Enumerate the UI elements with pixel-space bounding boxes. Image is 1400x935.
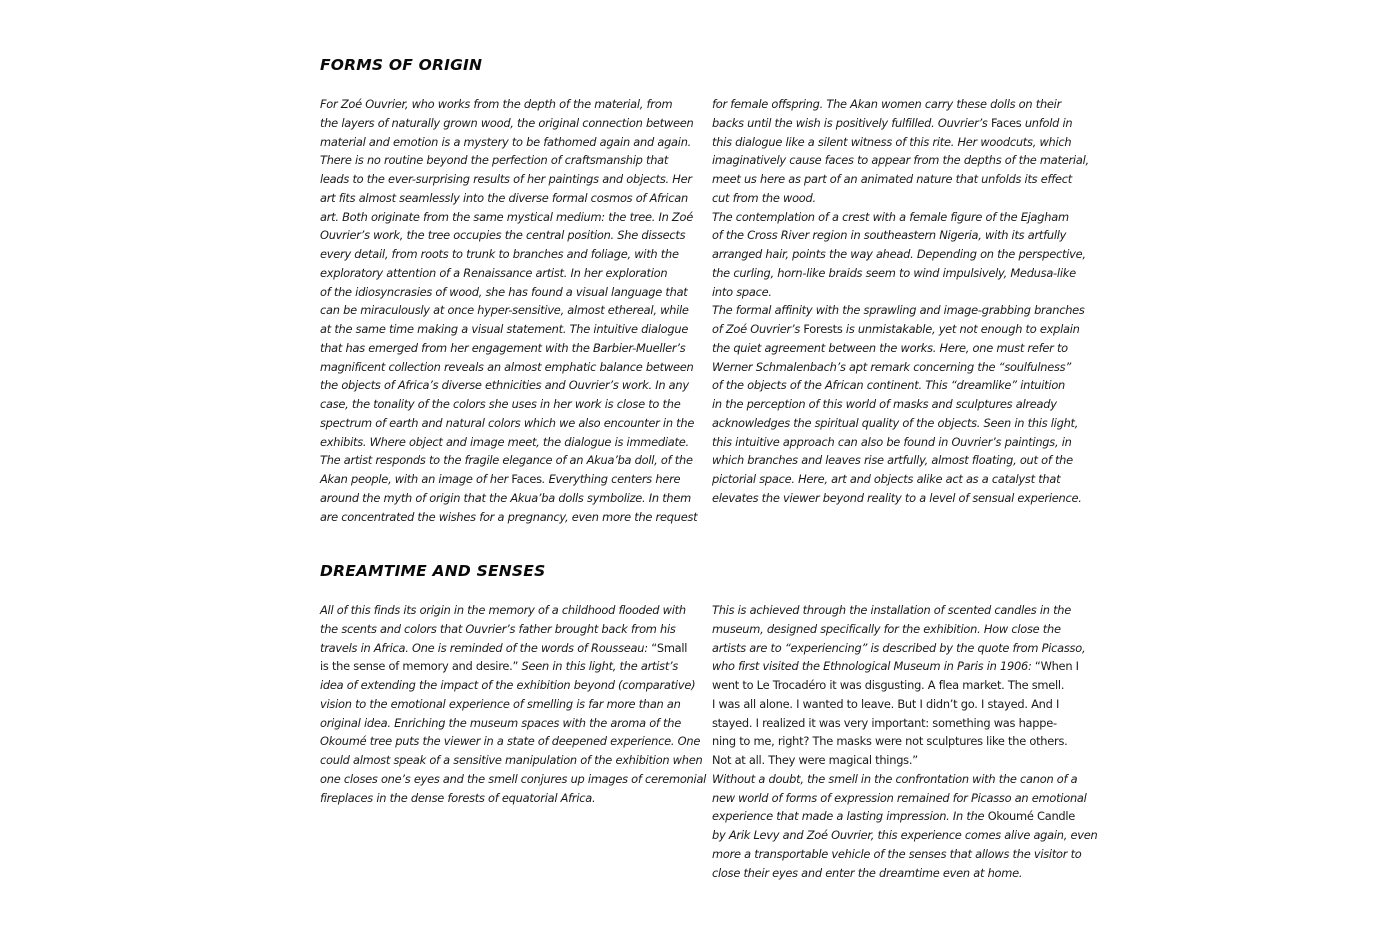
text-run-upright: went to Le Trocadéro it was disgusting. …	[712, 678, 1064, 692]
text-run-italic: the scents and colors that Ouvrier’s fat…	[320, 622, 676, 636]
text-run-italic: Ouvrier’s work, the tree occupies the ce…	[320, 228, 685, 242]
text-line: exhibits. Where object and image meet, t…	[320, 433, 700, 452]
text-run-italic: can be miraculously at once hyper-sensit…	[320, 303, 689, 317]
text-line: The artist responds to the fragile elega…	[320, 451, 700, 470]
text-run-italic: Seen in this light, the artist’s	[518, 659, 678, 673]
text-line: are concentrated the wishes for a pregna…	[320, 508, 700, 527]
text-line: The contemplation of a crest with a fema…	[712, 208, 1092, 227]
text-line: of the Cross River region in southeaster…	[712, 226, 1092, 245]
text-run-italic: of the objects of the African continent.…	[712, 378, 1065, 392]
text-line: acknowledges the spiritual quality of th…	[712, 414, 1092, 433]
text-line: went to Le Trocadéro it was disgusting. …	[712, 676, 1092, 695]
text-run-italic: is unmistakable, yet not enough to expla…	[843, 322, 1080, 336]
text-run-italic: the quiet agreement between the works. H…	[712, 341, 1068, 355]
text-run-upright: is the sense of memory and desire.”	[320, 659, 518, 673]
text-line: this intuitive approach can also be foun…	[712, 433, 1092, 452]
text-run-italic: The contemplation of a crest with a fema…	[712, 210, 1069, 224]
text-run-upright: I was all alone. I wanted to leave. But …	[712, 697, 1059, 711]
text-line: which branches and leaves rise artfully,…	[712, 451, 1092, 470]
text-line: Akan people, with an image of her Faces.…	[320, 470, 700, 489]
text-run-italic: this intuitive approach can also be foun…	[712, 435, 1072, 449]
text-run-upright: Not at all. They were magical things.”	[712, 753, 918, 767]
text-run-italic: every detail, from roots to trunk to bra…	[320, 247, 679, 261]
text-line: material and emotion is a mystery to be …	[320, 133, 700, 152]
text-line: could almost speak of a sensitive manipu…	[320, 751, 700, 770]
text-line: leads to the ever-surprising results of …	[320, 170, 700, 189]
text-line: this dialogue like a silent witness of t…	[712, 133, 1092, 152]
text-run-italic: Werner Schmalenbach’s apt remark concern…	[712, 360, 1071, 374]
text-line: one closes one’s eyes and the smell conj…	[320, 770, 700, 789]
text-run-italic: this dialogue like a silent witness of t…	[712, 135, 1071, 149]
text-run-italic: vision to the emotional experience of sm…	[320, 697, 681, 711]
text-line: This is achieved through the installatio…	[712, 601, 1092, 620]
text-run-upright: Forests	[803, 322, 842, 336]
text-run-italic: the layers of naturally grown wood, the …	[320, 116, 693, 130]
text-line: the curling, horn-like braids seem to wi…	[712, 264, 1092, 283]
text-line: art. Both originate from the same mystic…	[320, 208, 700, 227]
text-line: in the perception of this world of masks…	[712, 395, 1092, 414]
text-run-italic: There is no routine beyond the perfectio…	[320, 153, 668, 167]
text-run-italic: which branches and leaves rise artfully,…	[712, 453, 1073, 467]
text-run-upright: “Small	[651, 641, 687, 655]
text-line: imaginatively cause faces to appear from…	[712, 151, 1092, 170]
forms-of-origin-column-right: for female offspring. The Akan women car…	[712, 95, 1092, 508]
text-line: Okoumé tree puts the viewer in a state o…	[320, 732, 700, 751]
text-line: the layers of naturally grown wood, the …	[320, 114, 700, 133]
text-run-upright: Faces	[991, 116, 1021, 130]
text-line: of the objects of the African continent.…	[712, 376, 1092, 395]
text-line: the objects of Africa’s diverse ethnicit…	[320, 376, 700, 395]
text-run-italic: The artist responds to the fragile elega…	[320, 453, 693, 467]
text-run-italic: art. Both originate from the same mystic…	[320, 210, 693, 224]
text-run-italic: by Arik Levy and Zoé Ouvrier, this exper…	[712, 828, 1098, 842]
text-line: The formal affinity with the sprawling a…	[712, 301, 1092, 320]
text-run-italic: exploratory attention of a Renaissance a…	[320, 266, 667, 280]
text-line: exploratory attention of a Renaissance a…	[320, 264, 700, 283]
text-run-italic: are concentrated the wishes for a pregna…	[320, 510, 697, 524]
text-run-italic: acknowledges the spiritual quality of th…	[712, 416, 1078, 430]
text-run-italic: the objects of Africa’s diverse ethnicit…	[320, 378, 689, 392]
text-run-italic: travels in Africa. One is reminded of th…	[320, 641, 651, 655]
text-line: For Zoé Ouvrier, who works from the dept…	[320, 95, 700, 114]
text-run-italic: of the idiosyncrasies of wood, she has f…	[320, 285, 688, 299]
text-line: the scents and colors that Ouvrier’s fat…	[320, 620, 700, 639]
text-line: artists are to “experiencing” is describ…	[712, 639, 1092, 658]
text-run-italic: This is achieved through the installatio…	[712, 603, 1071, 617]
text-run-italic: fireplaces in the dense forests of equat…	[320, 791, 595, 805]
text-line: new world of forms of expression remaine…	[712, 789, 1092, 808]
text-run-italic: original idea. Enriching the museum spac…	[320, 716, 681, 730]
dreamtime-column-right: This is achieved through the installatio…	[712, 601, 1092, 882]
section-heading-dreamtime-and-senses: DREAMTIME AND SENSES	[320, 562, 545, 580]
dreamtime-column-left: All of this finds its origin in the memo…	[320, 601, 700, 807]
text-run-italic: one closes one’s eyes and the smell conj…	[320, 772, 706, 786]
text-line: travels in Africa. One is reminded of th…	[320, 639, 700, 658]
text-run-italic: in the perception of this world of masks…	[712, 397, 1057, 411]
text-line: that has emerged from her engagement wit…	[320, 339, 700, 358]
text-line: There is no routine beyond the perfectio…	[320, 151, 700, 170]
text-run-italic: pictorial space. Here, art and objects a…	[712, 472, 1060, 486]
text-line: vision to the emotional experience of sm…	[320, 695, 700, 714]
text-line: stayed. I realized it was very important…	[712, 714, 1092, 733]
text-line: at the same time making a visual stateme…	[320, 320, 700, 339]
text-run-italic: of the Cross River region in southeaster…	[712, 228, 1066, 242]
text-run-italic: at the same time making a visual stateme…	[320, 322, 688, 336]
text-run-italic: could almost speak of a sensitive manipu…	[320, 753, 702, 767]
text-line: Ouvrier’s work, the tree occupies the ce…	[320, 226, 700, 245]
text-line: more a transportable vehicle of the sens…	[712, 845, 1092, 864]
text-line: original idea. Enriching the museum spac…	[320, 714, 700, 733]
text-line: Not at all. They were magical things.”	[712, 751, 1092, 770]
text-run-italic: The formal affinity with the sprawling a…	[712, 303, 1085, 317]
text-line: of Zoé Ouvrier’s Forests is unmistakable…	[712, 320, 1092, 339]
section-heading-forms-of-origin: FORMS OF ORIGIN	[320, 56, 482, 74]
text-line: Werner Schmalenbach’s apt remark concern…	[712, 358, 1092, 377]
text-line: meet us here as part of an animated natu…	[712, 170, 1092, 189]
text-line: close their eyes and enter the dreamtime…	[712, 864, 1092, 883]
text-run-italic: who first visited the Ethnological Museu…	[712, 659, 1035, 673]
text-run-italic: cut from the wood.	[712, 191, 816, 205]
text-run-italic: meet us here as part of an animated natu…	[712, 172, 1072, 186]
text-run-italic: close their eyes and enter the dreamtime…	[712, 866, 1022, 880]
text-run-italic: museum, designed specifically for the ex…	[712, 622, 1061, 636]
text-run-italic: backs until the wish is positively fulfi…	[712, 116, 991, 130]
text-line: backs until the wish is positively fulfi…	[712, 114, 1092, 133]
text-line: experience that made a lasting impressio…	[712, 807, 1092, 826]
text-run-italic: more a transportable vehicle of the sens…	[712, 847, 1082, 861]
text-run-upright: ning to me, right? The masks were not sc…	[712, 734, 1068, 748]
text-line: the quiet agreement between the works. H…	[712, 339, 1092, 358]
text-run-italic: magnificent collection reveals an almost…	[320, 360, 693, 374]
text-run-upright: Okoumé Candle	[988, 809, 1075, 823]
text-run-italic: Akan people, with an image of her	[320, 472, 511, 486]
text-run-italic: artists are to “experiencing” is describ…	[712, 641, 1085, 655]
text-run-italic: of Zoé Ouvrier’s	[712, 322, 803, 336]
text-run-italic: . Everything centers here	[542, 472, 680, 486]
text-line: ning to me, right? The masks were not sc…	[712, 732, 1092, 751]
text-run-italic: Okoumé tree puts the viewer in a state o…	[320, 734, 700, 748]
text-line: cut from the wood.	[712, 189, 1092, 208]
text-line: I was all alone. I wanted to leave. But …	[712, 695, 1092, 714]
text-run-italic: exhibits. Where object and image meet, t…	[320, 435, 689, 449]
text-run-italic: new world of forms of expression remaine…	[712, 791, 1087, 805]
text-run-italic: leads to the ever-surprising results of …	[320, 172, 692, 186]
text-line: pictorial space. Here, art and objects a…	[712, 470, 1092, 489]
text-line: every detail, from roots to trunk to bra…	[320, 245, 700, 264]
text-run-italic: unfold in	[1021, 116, 1072, 130]
text-run-italic: the curling, horn-like braids seem to wi…	[712, 266, 1076, 280]
text-run-italic: that has emerged from her engagement wit…	[320, 341, 685, 355]
text-run-italic: arranged hair, points the way ahead. Dep…	[712, 247, 1086, 261]
text-line: who first visited the Ethnological Museu…	[712, 657, 1092, 676]
text-line: spectrum of earth and natural colors whi…	[320, 414, 700, 433]
text-line: museum, designed specifically for the ex…	[712, 620, 1092, 639]
text-line: of the idiosyncrasies of wood, she has f…	[320, 283, 700, 302]
text-run-upright: Faces	[511, 472, 541, 486]
text-run-italic: into space.	[712, 285, 772, 299]
text-run-upright: stayed. I realized it was very important…	[712, 716, 1057, 730]
text-line: by Arik Levy and Zoé Ouvrier, this exper…	[712, 826, 1092, 845]
text-line: magnificent collection reveals an almost…	[320, 358, 700, 377]
text-run-italic: art fits almost seamlessly into the dive…	[320, 191, 688, 205]
text-run-upright: “When I	[1035, 659, 1079, 673]
text-run-italic: idea of extending the impact of the exhi…	[320, 678, 695, 692]
text-run-italic: around the myth of origin that the Akua’…	[320, 491, 691, 505]
text-run-italic: For Zoé Ouvrier, who works from the dept…	[320, 97, 672, 111]
text-run-italic: spectrum of earth and natural colors whi…	[320, 416, 694, 430]
text-line: idea of extending the impact of the exhi…	[320, 676, 700, 695]
text-line: fireplaces in the dense forests of equat…	[320, 789, 700, 808]
text-line: All of this finds its origin in the memo…	[320, 601, 700, 620]
text-run-italic: elevates the viewer beyond reality to a …	[712, 491, 1082, 505]
text-line: around the myth of origin that the Akua’…	[320, 489, 700, 508]
text-run-italic: All of this finds its origin in the memo…	[320, 603, 686, 617]
text-run-italic: case, the tonality of the colors she use…	[320, 397, 680, 411]
text-run-italic: for female offspring. The Akan women car…	[712, 97, 1061, 111]
text-run-italic: imaginatively cause faces to appear from…	[712, 153, 1089, 167]
text-line: can be miraculously at once hyper-sensit…	[320, 301, 700, 320]
text-line: for female offspring. The Akan women car…	[712, 95, 1092, 114]
text-line: elevates the viewer beyond reality to a …	[712, 489, 1092, 508]
text-line: Without a doubt, the smell in the confro…	[712, 770, 1092, 789]
text-line: art fits almost seamlessly into the dive…	[320, 189, 700, 208]
text-run-italic: material and emotion is a mystery to be …	[320, 135, 691, 149]
forms-of-origin-column-left: For Zoé Ouvrier, who works from the dept…	[320, 95, 700, 526]
text-line: into space.	[712, 283, 1092, 302]
text-run-italic: experience that made a lasting impressio…	[712, 809, 988, 823]
text-line: is the sense of memory and desire.” Seen…	[320, 657, 700, 676]
text-run-italic: Without a doubt, the smell in the confro…	[712, 772, 1077, 786]
text-line: arranged hair, points the way ahead. Dep…	[712, 245, 1092, 264]
text-line: case, the tonality of the colors she use…	[320, 395, 700, 414]
